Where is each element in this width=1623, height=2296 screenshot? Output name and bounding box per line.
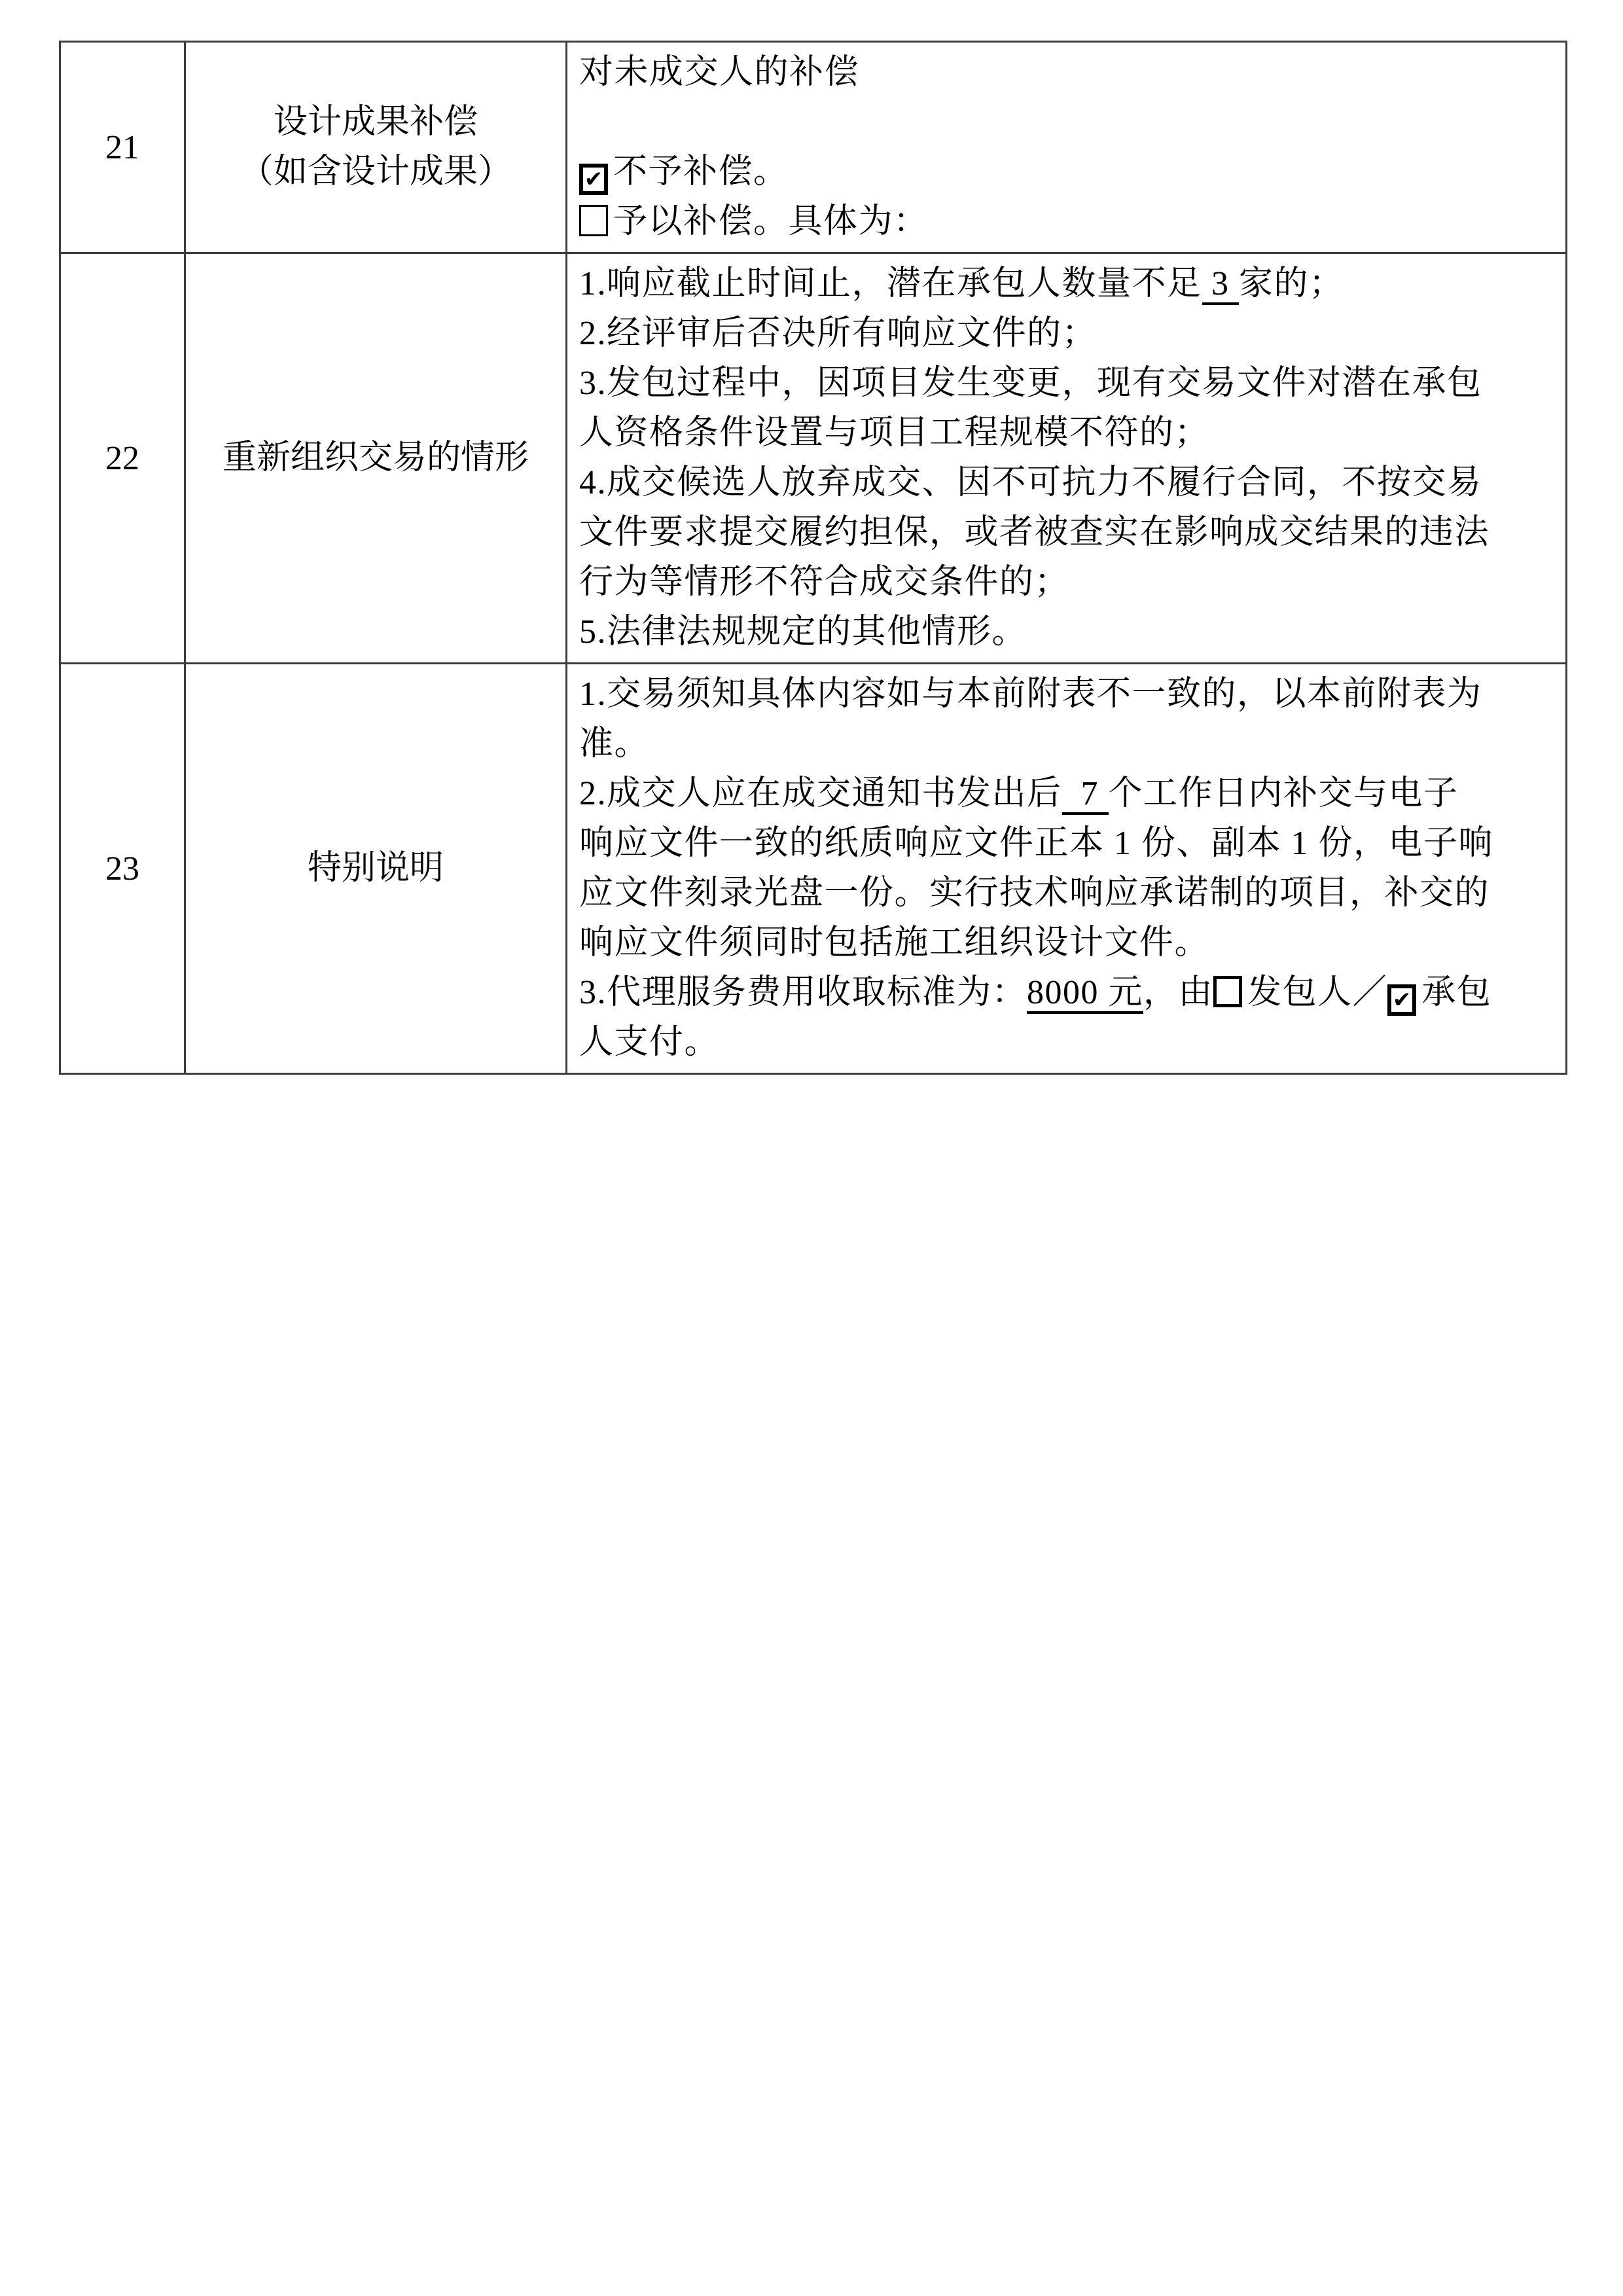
row-22-item-3-line-2: 人资格条件设置与项目工程规模不符的；: [579, 408, 1556, 458]
check-mark-icon: ✔: [583, 168, 604, 191]
row-22-item-2: 2.经评审后否决所有响应文件的；: [579, 309, 1556, 359]
checkbox-unchecked-icon: [1213, 976, 1242, 1007]
table-row-23: 23 特别说明 1.交易须知具体内容如与本前附表不一致的，以本前附表为 准。 2…: [60, 664, 1567, 1074]
row-23-item-2-line-3: 应文件刻录光盘一份。实行技术响应承诺制的项目，补交的: [579, 869, 1556, 918]
row-22-item-4-line-1: 4.成交候选人放弃成交、因不可抗力不履行合同，不按交易: [579, 458, 1556, 508]
row-23-item-2-line-2: 响应文件一致的纸质响应文件正本 1 份、副本 1 份，电子响: [579, 819, 1556, 869]
row-21-title: 设计成果补偿 （如含设计成果）: [185, 42, 567, 253]
row-23-item-3-pre: 3.代理服务费用收取标准为：: [579, 974, 1027, 1011]
row-21-option-no-compensation: ✔不予补偿。: [579, 147, 1556, 197]
row-22-item-3-line-1: 3.发包过程中，因项目发生变更，现有交易文件对潜在承包: [579, 359, 1556, 408]
row-22-title: 重新组织交易的情形: [185, 253, 567, 664]
row-23-item-2-pre: 2.成交人应在成交通知书发出后: [579, 775, 1062, 812]
row-22-item-1-pre: 1.响应截止时间止，潜在承包人数量不足: [579, 265, 1202, 302]
row-23-payer-checked-label: 承包: [1421, 974, 1491, 1011]
row-23-item-1-line-2: 准。: [579, 719, 1556, 769]
row-22-item-5: 5.法律法规规定的其他情形。: [579, 607, 1556, 657]
row-23-item-3-mid: ，由: [1143, 974, 1213, 1011]
row-23-item-3-underlined-fee: 8000 元: [1027, 974, 1143, 1014]
row-23-item-3-line-2: 人支付。: [579, 1018, 1556, 1067]
row-23-item-2-underlined-value: 7: [1062, 775, 1109, 815]
row-23-item-3-line-1: 3.代理服务费用收取标准为：8000 元，由发包人／✔承包: [579, 968, 1556, 1018]
table-row-21: 21 设计成果补偿 （如含设计成果） 对未成交人的补偿 ✔不予补偿。 予以补偿。…: [60, 42, 1567, 253]
row-23-content: 1.交易须知具体内容如与本前附表不一致的，以本前附表为 准。 2.成交人应在成交…: [567, 664, 1567, 1074]
row-21-option-checked-label: 不予补偿。: [613, 153, 789, 190]
check-mark-icon: ✔: [1391, 988, 1412, 1012]
row-23-title: 特别说明: [185, 664, 567, 1074]
row-23-item-2-line-4: 响应文件须同时包括施工组织设计文件。: [579, 918, 1556, 968]
row-21-option-compensation: 予以补偿。具体为：: [579, 197, 1556, 247]
row-21-option-unchecked-label: 予以补偿。具体为：: [613, 203, 929, 240]
row-21-blank-line: [579, 98, 1556, 147]
row-23-number: 23: [60, 664, 185, 1074]
row-21-intro: 对未成交人的补偿: [579, 48, 1556, 98]
row-21-intro-text: 对未成交人的补偿: [579, 54, 859, 91]
row-23-item-2-post: 个工作日内补交与电子: [1109, 775, 1459, 812]
document-page: 21 设计成果补偿 （如含设计成果） 对未成交人的补偿 ✔不予补偿。 予以补偿。…: [0, 0, 1623, 2296]
tender-conditions-table: 21 设计成果补偿 （如含设计成果） 对未成交人的补偿 ✔不予补偿。 予以补偿。…: [59, 41, 1567, 1075]
row-22-item-4-line-2: 文件要求提交履约担保，或者被查实在影响成交结果的违法: [579, 508, 1556, 558]
row-22-title-line: 重新组织交易的情形: [191, 433, 560, 483]
row-22-item-1-post: 家的；: [1239, 265, 1344, 302]
row-22-item-1-underlined-value: 3: [1202, 265, 1240, 305]
checkbox-checked-icon: ✔: [1387, 984, 1416, 1016]
row-22-item-4-line-3: 行为等情形不符合成交条件的；: [579, 558, 1556, 607]
row-22-content: 1.响应截止时间止，潜在承包人数量不足 3 家的； 2.经评审后否决所有响应文件…: [567, 253, 1567, 664]
checkbox-checked-icon: ✔: [579, 164, 608, 195]
table-row-22: 22 重新组织交易的情形 1.响应截止时间止，潜在承包人数量不足 3 家的； 2…: [60, 253, 1567, 664]
row-23-item-2-line-1: 2.成交人应在成交通知书发出后 7 个工作日内补交与电子: [579, 769, 1556, 819]
row-21-title-line-2: （如含设计成果）: [191, 147, 560, 197]
row-21-title-line-1: 设计成果补偿: [191, 98, 560, 147]
row-21-number: 21: [60, 42, 185, 253]
row-23-item-1-line-1: 1.交易须知具体内容如与本前附表不一致的，以本前附表为: [579, 670, 1556, 719]
row-23-payer-unchecked-label: 发包人／: [1247, 974, 1387, 1011]
checkbox-unchecked-icon: [579, 205, 608, 236]
row-21-content: 对未成交人的补偿 ✔不予补偿。 予以补偿。具体为：: [567, 42, 1567, 253]
row-22-number: 22: [60, 253, 185, 664]
row-22-item-1: 1.响应截止时间止，潜在承包人数量不足 3 家的；: [579, 259, 1556, 309]
row-23-title-line: 特别说明: [191, 844, 560, 893]
